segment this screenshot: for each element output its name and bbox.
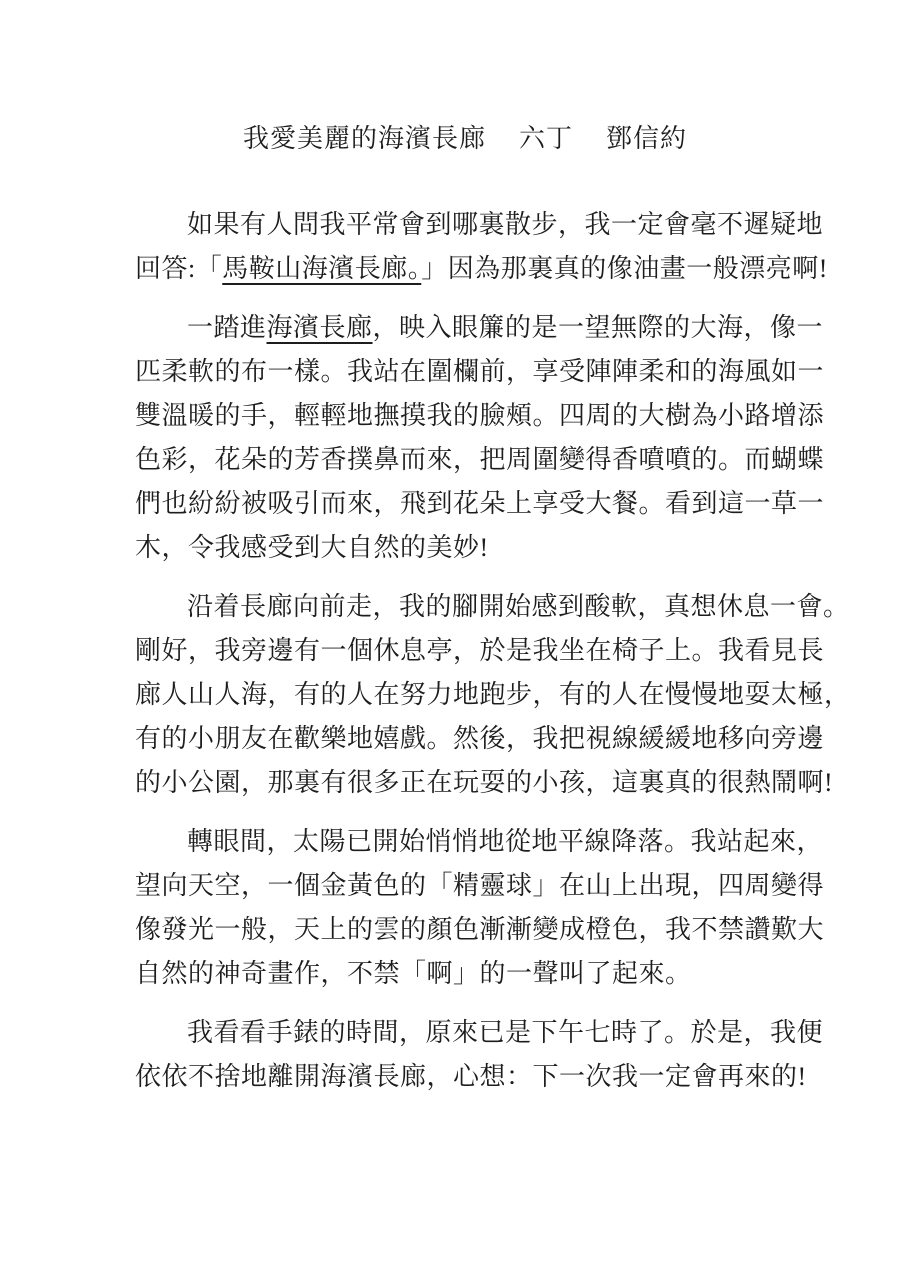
author-name: 鄧信約 xyxy=(606,117,687,161)
text-line: 木，令我感受到大自然的美妙! xyxy=(135,526,905,570)
paragraph: 一踏進海濱長廊，映入眼簾的是一望無際的大海，像一匹柔軟的布一樣。我站在圍欄前，享… xyxy=(135,306,905,570)
text-segment: 望向天空，一個金黃色的「精靈球」在山上出現，四周變得 xyxy=(135,871,824,900)
text-line: 自然的神奇畫作，不禁「啊」的一聲叫了起來。 xyxy=(135,952,905,996)
paragraph: 沿着長廊向前走，我的腳開始感到酸軟，真想休息一會。剛好，我旁邊有一個休息亭，於是… xyxy=(135,585,905,805)
text-segment: 們也紛紛被吸引而來，飛到花朵上享受大餐。看到這一草一 xyxy=(135,489,824,518)
document-page: 我愛美麗的海濱長廊 六丁 鄧信約 如果有人問我平常會到哪裏散步，我一定會毫不遲疑… xyxy=(0,0,905,1280)
text-line: 一踏進海濱長廊，映入眼簾的是一望無際的大海，像一 xyxy=(135,306,905,350)
text-segment: 廊人山人海，有的人在努力地跑步，有的人在慢慢地耍太極， xyxy=(135,680,851,709)
document-body: 如果有人問我平常會到哪裏散步，我一定會毫不遲疑地回答:「馬鞍山海濱長廊。」因為那… xyxy=(135,203,905,1099)
text-line: 如果有人問我平常會到哪裏散步，我一定會毫不遲疑地 xyxy=(135,203,905,247)
text-segment: 像發光一般，天上的雲的顏色漸漸變成橙色，我不禁讚歎大 xyxy=(135,915,824,944)
paragraph: 我看看手錶的時間，原來已是下午七時了。於是，我便依依不捨地離開海濱長廊，心想：下… xyxy=(135,1011,905,1099)
text-line: 有的小朋友在歡樂地嬉戲。然後，我把視線緩緩地移向旁邊 xyxy=(135,717,905,761)
text-line: 匹柔軟的布一樣。我站在圍欄前，享受陣陣柔和的海風如一 xyxy=(135,350,905,394)
text-segment: 我看看手錶的時間，原來已是下午七時了。於是，我便 xyxy=(187,1018,823,1047)
text-segment: 剛好，我旁邊有一個休息亭，於是我坐在椅子上。我看見長 xyxy=(135,636,824,665)
underlined-text: 海濱長廊 xyxy=(267,313,373,342)
text-segment: 雙溫暖的手，輕輕地撫摸我的臉頰。四周的大樹為小路增添 xyxy=(135,401,824,430)
text-line: 色彩，花朵的芳香撲鼻而來，把周圍變得香噴噴的。而蝴蝶 xyxy=(135,438,905,482)
text-line: 沿着長廊向前走，我的腳開始感到酸軟，真想休息一會。 xyxy=(135,585,905,629)
text-segment: 一踏進 xyxy=(187,313,267,342)
text-segment: 轉眼間，太陽已開始悄悄地從地平線降落。我站起來， xyxy=(187,827,823,856)
text-segment: 木，令我感受到大自然的美妙! xyxy=(135,533,489,562)
text-segment: 回答:「 xyxy=(135,254,222,283)
text-segment: 色彩，花朵的芳香撲鼻而來，把周圍變得香噴噴的。而蝴蝶 xyxy=(135,445,824,474)
text-line: 的小公園，那裏有很多正在玩耍的小孩，這裏真的很熱鬧啊! xyxy=(135,761,905,805)
text-line: 剛好，我旁邊有一個休息亭，於是我坐在椅子上。我看見長 xyxy=(135,629,905,673)
text-segment: 依依不捨地離開海濱長廊，心想：下一次我一定會再來的! xyxy=(135,1062,807,1091)
text-line: 像發光一般，天上的雲的顏色漸漸變成橙色，我不禁讚歎大 xyxy=(135,908,905,952)
text-line: 雙溫暖的手，輕輕地撫摸我的臉頰。四周的大樹為小路增添 xyxy=(135,394,905,438)
text-segment: 」因為那裏真的像油畫一般漂亮啊! xyxy=(421,254,828,283)
text-segment: 自然的神奇畫作，不禁「啊」的一聲叫了起來。 xyxy=(135,959,692,988)
text-segment: 如果有人問我平常會到哪裏散步，我一定會毫不遲疑地 xyxy=(187,210,823,239)
document-title: 我愛美麗的海濱長廊 六丁 鄧信約 xyxy=(135,117,795,161)
text-segment: 匹柔軟的布一樣。我站在圍欄前，享受陣陣柔和的海風如一 xyxy=(135,357,824,386)
text-line: 依依不捨地離開海濱長廊，心想：下一次我一定會再來的! xyxy=(135,1055,905,1099)
paragraph: 如果有人問我平常會到哪裏散步，我一定會毫不遲疑地回答:「馬鞍山海濱長廊。」因為那… xyxy=(135,203,905,291)
text-line: 回答:「馬鞍山海濱長廊。」因為那裏真的像油畫一般漂亮啊! xyxy=(135,247,905,291)
paragraph: 轉眼間，太陽已開始悄悄地從地平線降落。我站起來，望向天空，一個金黃色的「精靈球」… xyxy=(135,820,905,996)
text-segment: ，映入眼簾的是一望無際的大海，像一 xyxy=(373,313,824,342)
text-line: 望向天空，一個金黃色的「精靈球」在山上出現，四周變得 xyxy=(135,864,905,908)
essay-title: 我愛美麗的海濱長廊 xyxy=(243,117,486,161)
class-name: 六丁 xyxy=(519,117,573,161)
underlined-text: 馬鞍山海濱長廊。 xyxy=(222,254,421,283)
text-line: 們也紛紛被吸引而來，飛到花朵上享受大餐。看到這一草一 xyxy=(135,482,905,526)
text-segment: 有的小朋友在歡樂地嬉戲。然後，我把視線緩緩地移向旁邊 xyxy=(135,724,824,753)
text-line: 我看看手錶的時間，原來已是下午七時了。於是，我便 xyxy=(135,1011,905,1055)
text-segment: 的小公園，那裏有很多正在玩耍的小孩，這裏真的很熱鬧啊! xyxy=(135,768,833,797)
text-segment: 沿着長廊向前走，我的腳開始感到酸軟，真想休息一會。 xyxy=(187,592,850,621)
text-line: 轉眼間，太陽已開始悄悄地從地平線降落。我站起來， xyxy=(135,820,905,864)
text-line: 廊人山人海，有的人在努力地跑步，有的人在慢慢地耍太極， xyxy=(135,673,905,717)
